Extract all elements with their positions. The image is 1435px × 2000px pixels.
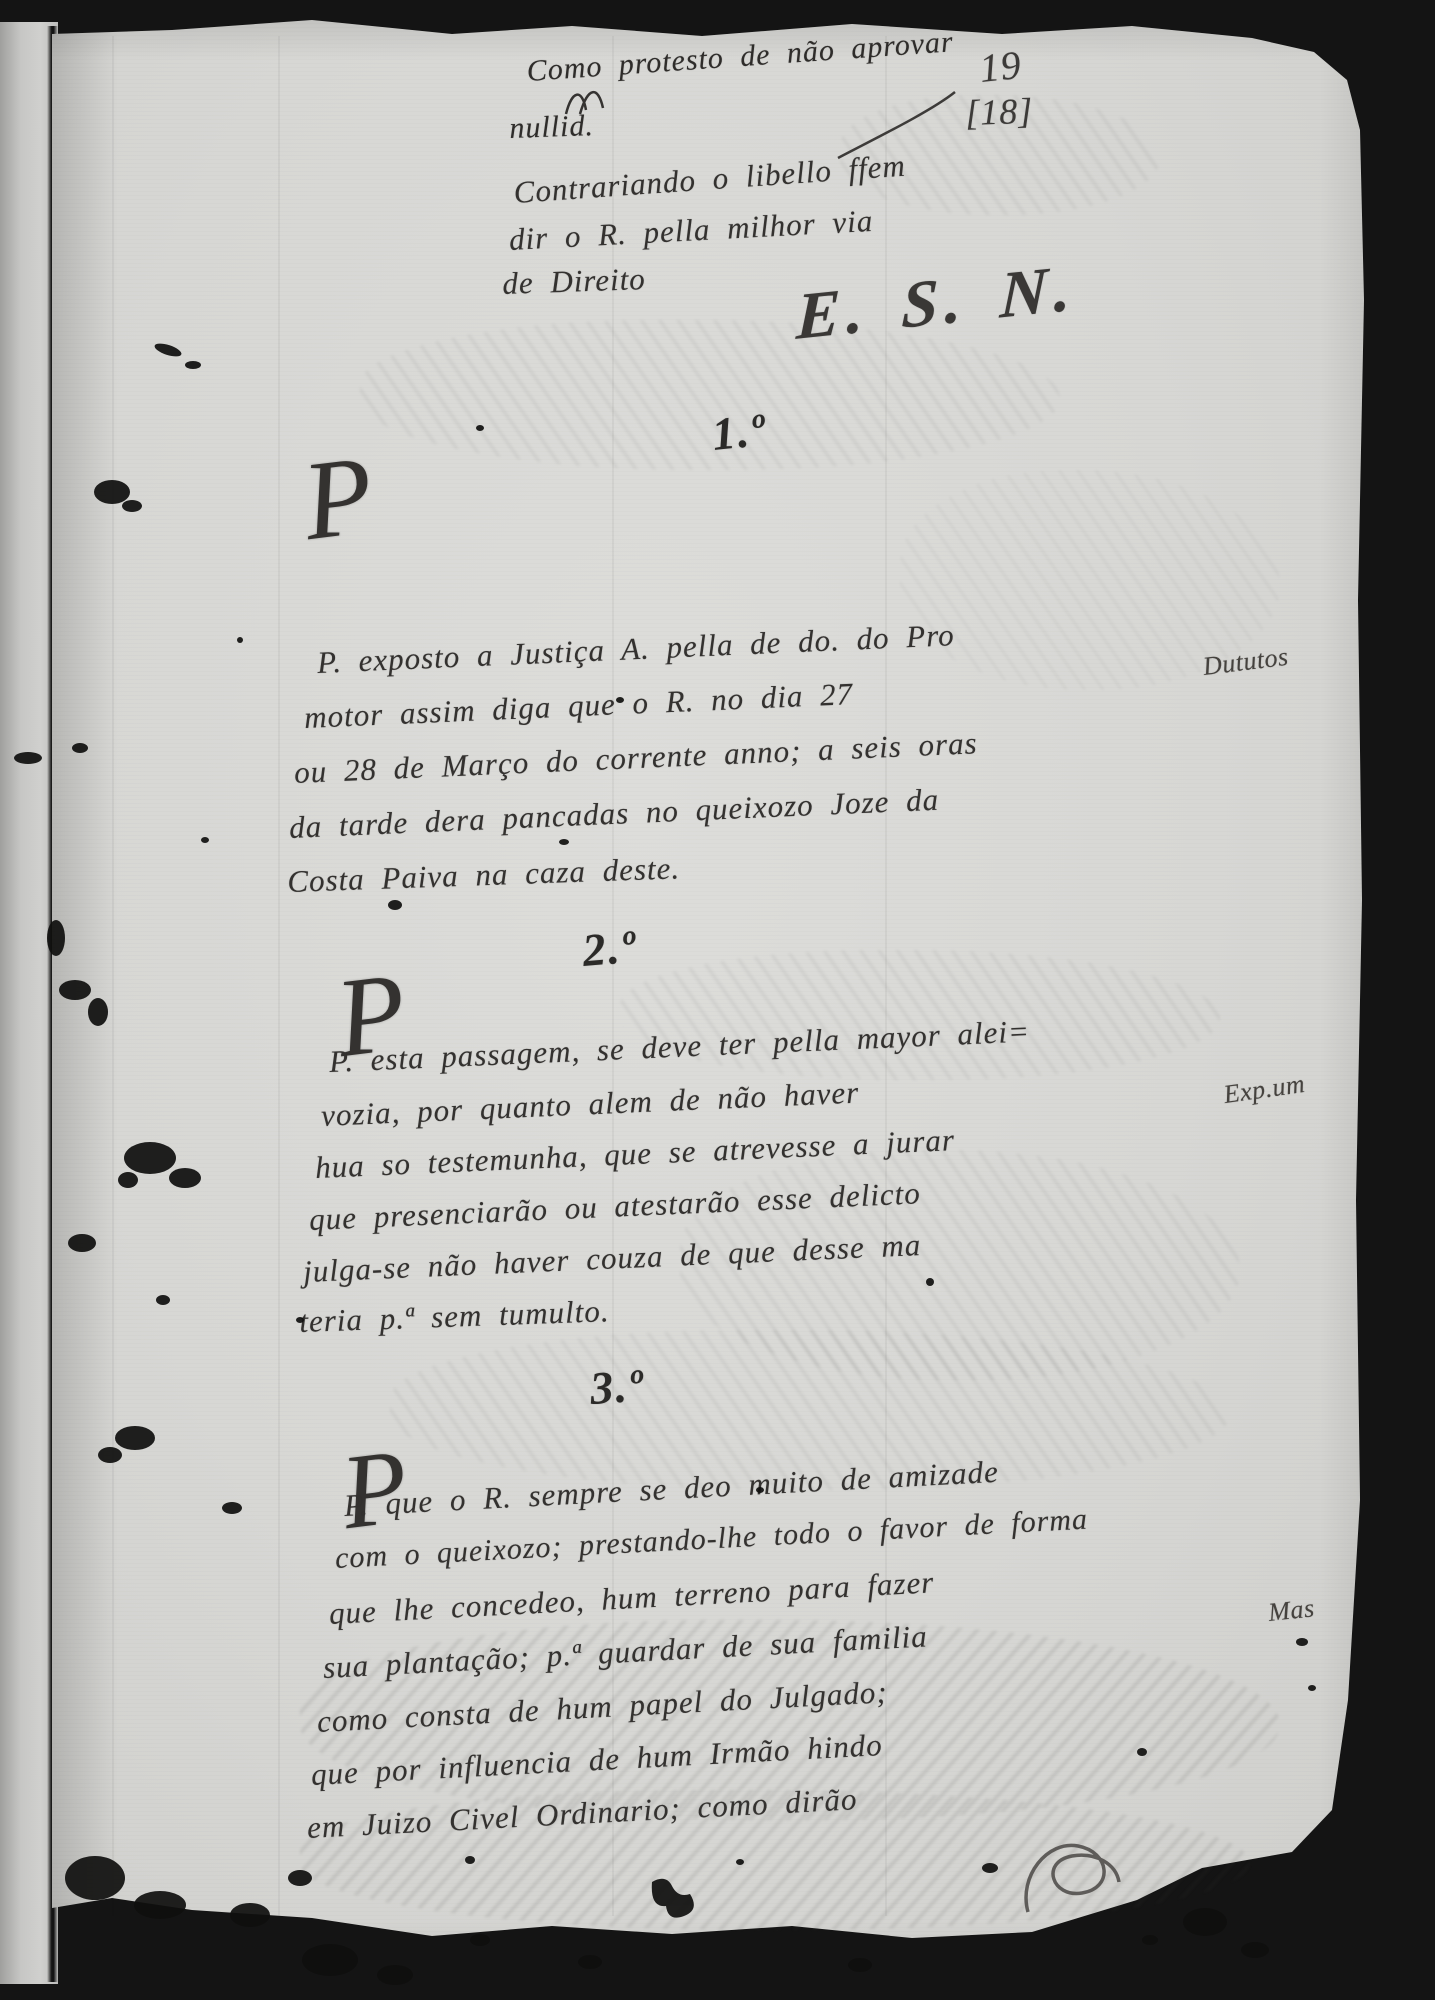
folio-bracket-number: [18] <box>965 90 1034 134</box>
folio-number: 19 <box>977 41 1024 92</box>
fold-line <box>278 36 280 1916</box>
fold-line <box>112 36 114 1916</box>
margin-note: Mas <box>1267 1593 1316 1628</box>
section-number: 1.º <box>709 403 769 461</box>
section-number: 3.º <box>588 1358 646 1415</box>
document-scan: 19 [18] Como protesto de não aprovar nul… <box>0 0 1435 2000</box>
preamble-line: de Direito <box>502 261 647 302</box>
section-number: 2.º <box>580 919 639 977</box>
header-line: nullid. <box>509 109 595 146</box>
